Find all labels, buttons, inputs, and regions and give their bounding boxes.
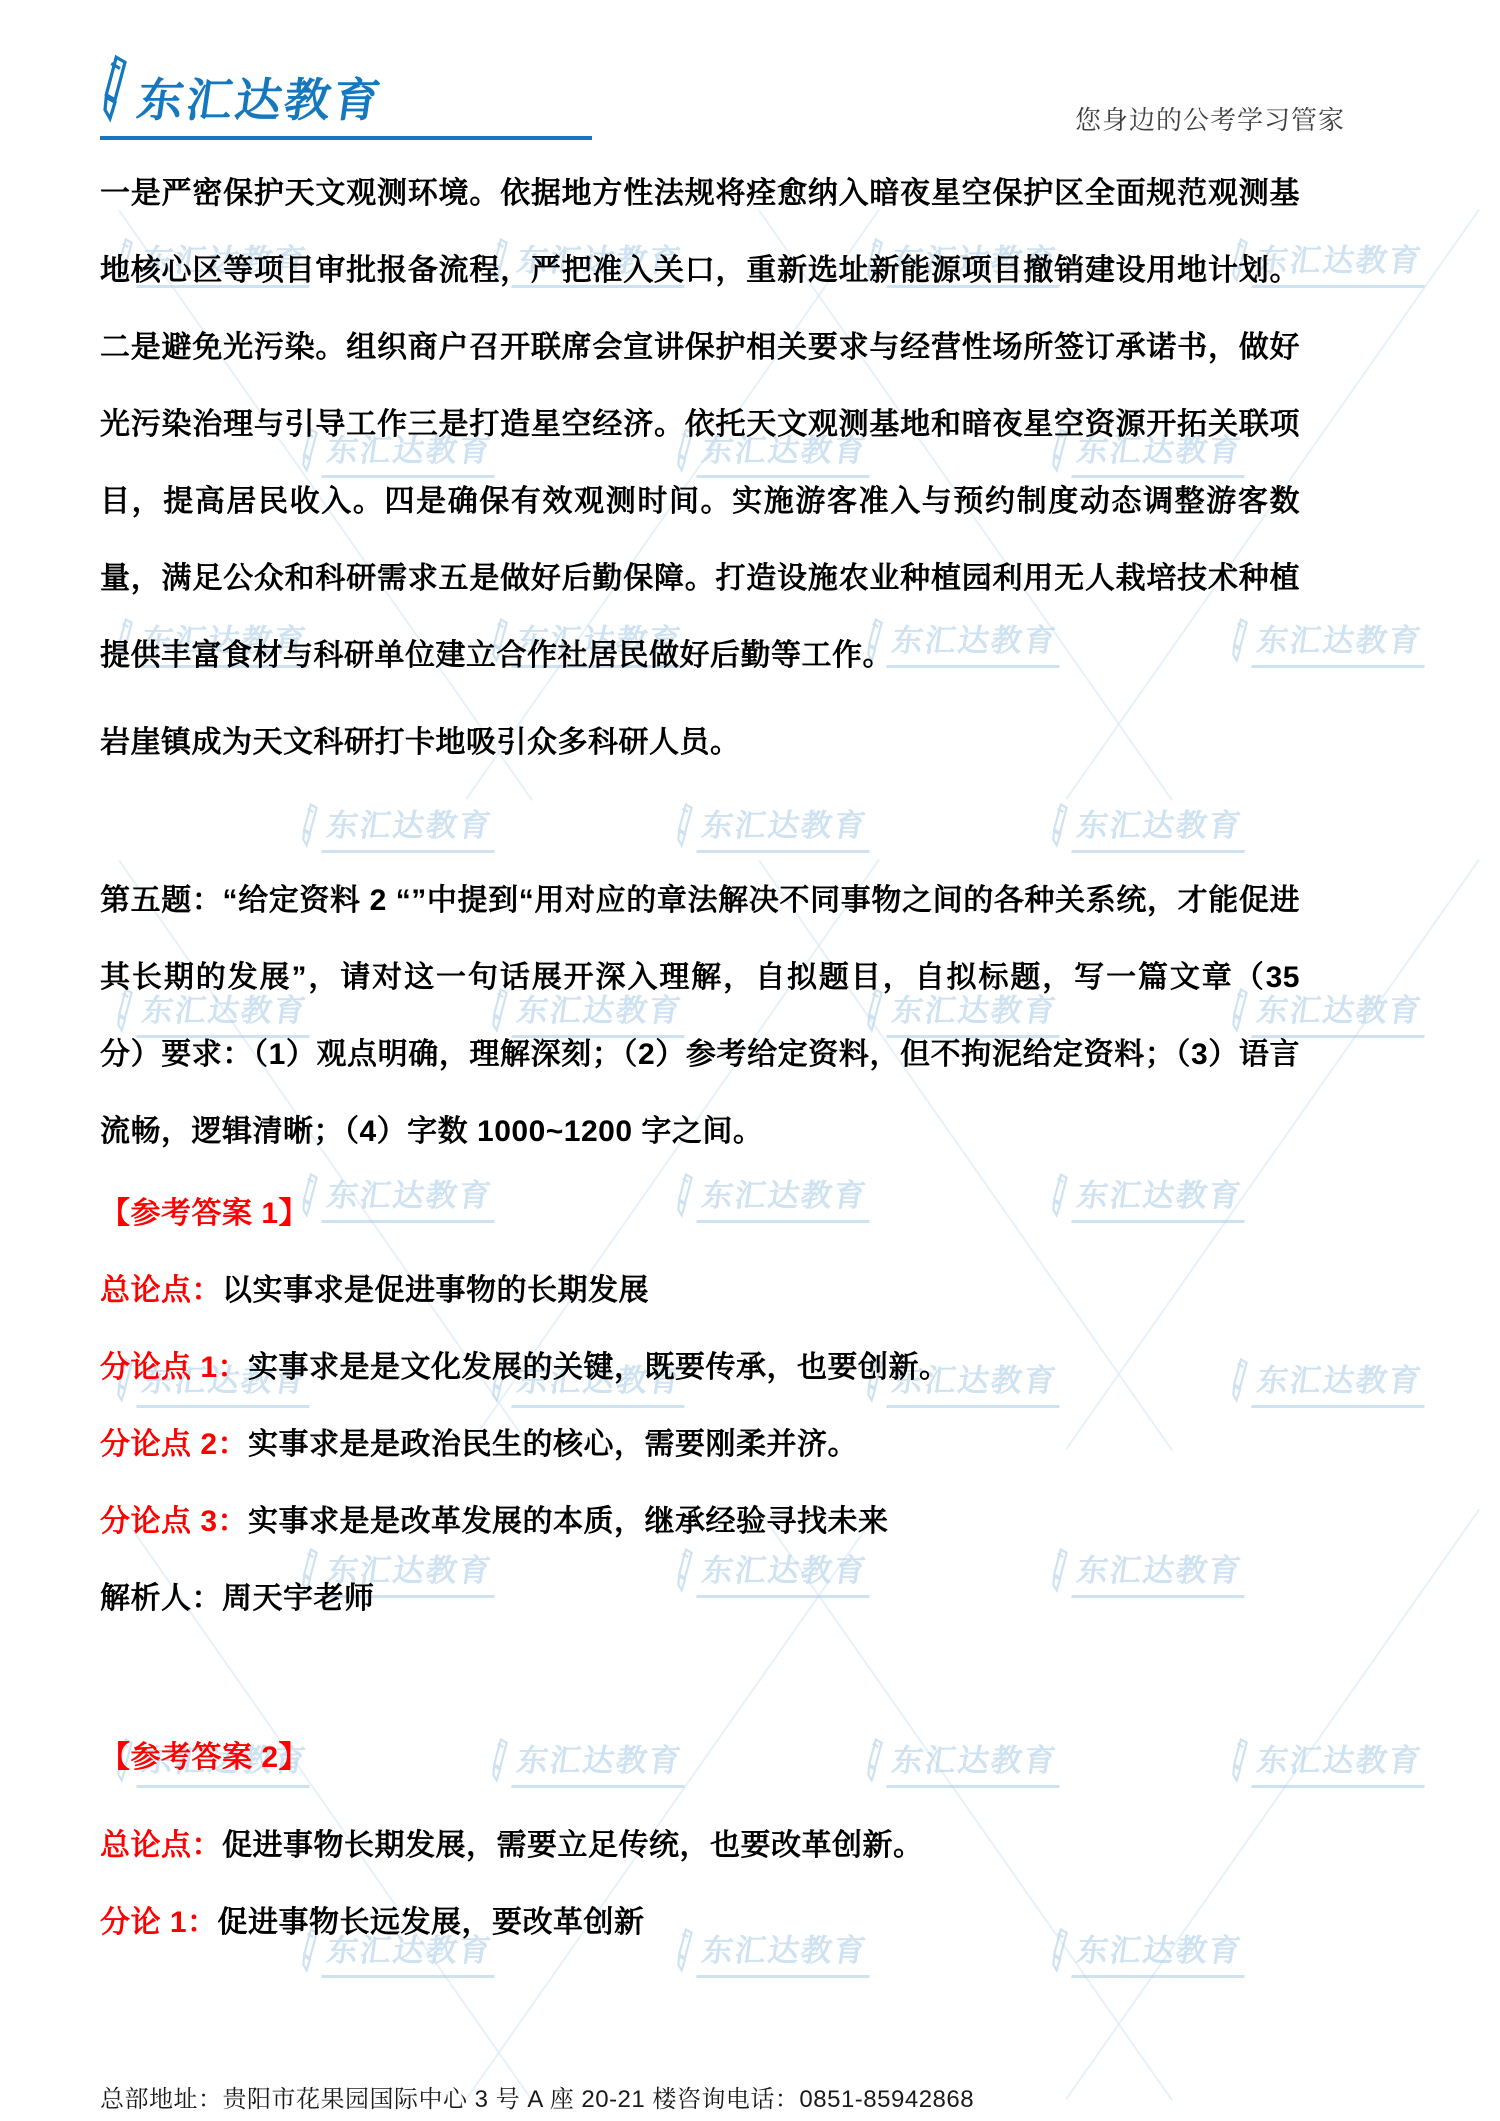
document-body: 一是严密保护天文观测环境。依据地方性法规将痊愈纳入暗夜星空保护区全面规范观测基地… (100, 155, 1300, 1961)
answer2-point-main: 总论点：促进事物长期发展，需要立足传统，也要改革创新。 (100, 1807, 1300, 1884)
point-label: 分论点 1： (100, 1351, 248, 1384)
point-text: 实事求是是政治民生的核心，需要刚柔并济。 (248, 1428, 858, 1461)
point-text: 以实事求是促进事物的长期发展 (222, 1274, 649, 1307)
point-label: 分论点 2： (100, 1428, 248, 1461)
point-label: 总论点： (100, 1829, 222, 1862)
point-label: 总论点： (100, 1274, 222, 1307)
question-text: 第五题：“给定资料 2 “”中提到“用对应的章法解决不同事物之间的各种关系统，才… (100, 862, 1300, 1170)
answer1-point-3: 分论点 3：实事求是是改革发展的本质，继承经验寻找未来 (100, 1483, 1300, 1560)
point-label: 分论 1： (100, 1906, 218, 1939)
analyst-label: 解析人： (100, 1582, 222, 1615)
footer-address: 总部地址：贵阳市花果园国际中心 3 号 A 座 20-21 楼咨询电话：0851… (100, 2079, 974, 2114)
point-text: 促进事物长期发展，需要立足传统，也要改革创新。 (222, 1829, 924, 1862)
brand-logo-text: 东汇达教育 (133, 64, 387, 130)
logo-underline (100, 136, 592, 140)
brand-tagline: 您身边的公考学习管家 (1075, 100, 1345, 137)
analyst-line: 解析人：周天宇老师 (100, 1560, 1300, 1637)
document-page: 东汇达教育东汇达教育东汇达教育东汇达教育东汇达教育东汇达教育东汇达教育东汇达教育… (0, 0, 1500, 2121)
brand-logo: 东汇达教育 (100, 52, 592, 140)
answer2-title: 【参考答案 2】 (100, 1719, 1300, 1796)
answer1-point-2: 分论点 2：实事求是是政治民生的核心，需要刚柔并济。 (100, 1406, 1300, 1483)
point-label: 分论点 3： (100, 1505, 248, 1538)
analyst-name: 周天宇老师 (222, 1582, 375, 1615)
answer1-point-main: 总论点：以实事求是促进事物的长期发展 (100, 1252, 1300, 1329)
point-text: 实事求是是文化发展的关键，既要传承，也要创新。 (248, 1351, 950, 1384)
material-paragraph-1: 一是严密保护天文观测环境。依据地方性法规将痊愈纳入暗夜星空保护区全面规范观测基地… (100, 155, 1300, 694)
answer1-title: 【参考答案 1】 (100, 1175, 1300, 1252)
material-paragraph-2: 岩崖镇成为天文科研打卡地吸引众多科研人员。 (100, 704, 1300, 781)
pen-icon (100, 52, 130, 130)
answer2-point-1: 分论 1：促进事物长远发展，要改革创新 (100, 1884, 1300, 1961)
point-text: 促进事物长远发展，要改革创新 (218, 1906, 645, 1939)
answer1-point-1: 分论点 1：实事求是是文化发展的关键，既要传承，也要创新。 (100, 1329, 1300, 1406)
point-text: 实事求是是改革发展的本质，继承经验寻找未来 (248, 1505, 889, 1538)
